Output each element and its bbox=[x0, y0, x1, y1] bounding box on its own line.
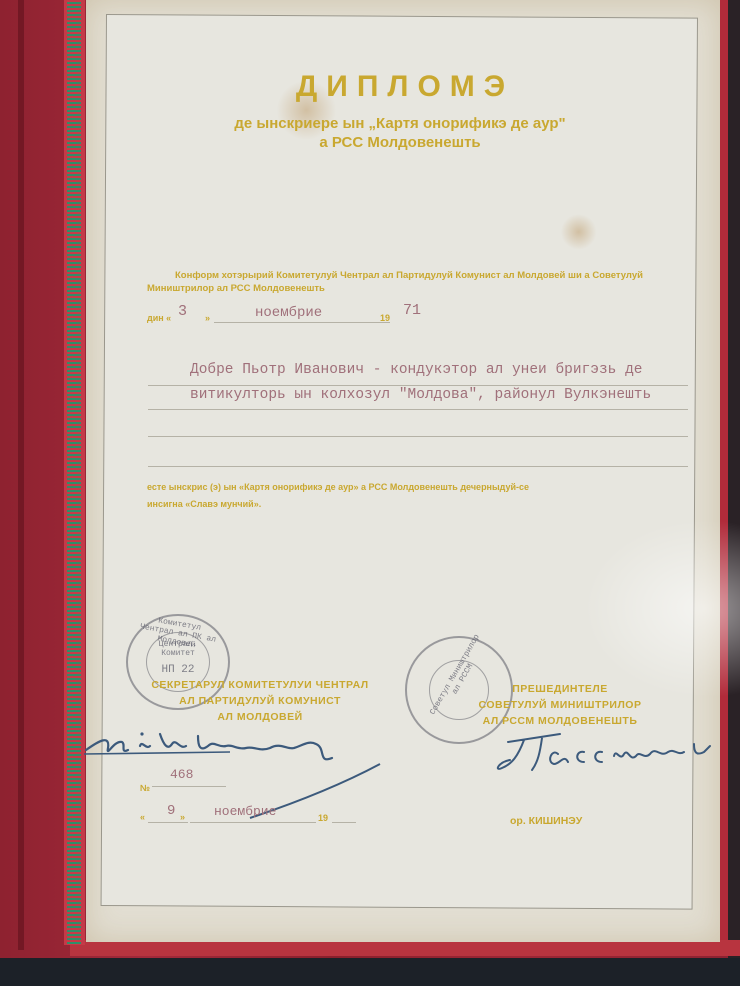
number-value: 468 bbox=[170, 767, 193, 782]
signed-date-open: « bbox=[140, 812, 145, 822]
signed-day-value: 9 bbox=[167, 803, 175, 819]
signed-day-underline bbox=[148, 822, 188, 823]
recipient-underline-1 bbox=[148, 385, 688, 386]
diploma-title: ДИПЛОМЭ bbox=[0, 70, 740, 104]
city-label: ор. КИШИНЭУ bbox=[510, 815, 582, 827]
recipient-underline-3 bbox=[148, 436, 688, 437]
date-year-value: 71 bbox=[403, 302, 421, 319]
left-signatory-line2: АЛ ПАРТИДУЛУЙ КОМУНИСТ bbox=[140, 693, 380, 709]
cover-bottom-edge bbox=[70, 940, 740, 956]
award-text-line1: есте ынскрис (э) ын «Картя онорификэ де … bbox=[147, 479, 687, 496]
date-month-value: ноембрие bbox=[255, 305, 322, 321]
stain bbox=[561, 214, 597, 250]
award-text-line2: инсигна «Славэ мунчий». bbox=[147, 496, 687, 513]
date-month-underline bbox=[214, 322, 390, 323]
recipient-line2: витикулторь ын колхозул "Молдова", район… bbox=[190, 387, 651, 403]
date-day-value: 3 bbox=[178, 303, 187, 320]
signed-year-prefix: 19 bbox=[318, 813, 328, 823]
stamp-inner-text: Централ. Комитет bbox=[148, 640, 208, 658]
recipient-underline-2 bbox=[148, 409, 688, 410]
date-year-prefix: 19 bbox=[380, 313, 390, 323]
right-signature bbox=[488, 722, 728, 782]
diploma-subtitle-line1: де ынскриере ын „Картя онорификэ де аур" bbox=[0, 115, 740, 132]
diploma-subtitle-line2: а РСС Молдовенешть bbox=[0, 134, 740, 151]
right-signatory-line1: ПРЕШЕДИНТЕЛЕ bbox=[460, 681, 660, 697]
recipient-line1: Добре Пьотр Иванович - кондукэтор ал уне… bbox=[190, 362, 642, 378]
number-label: № bbox=[140, 783, 150, 793]
signed-year-underline bbox=[332, 822, 356, 823]
signed-month-underline bbox=[190, 822, 316, 823]
signed-month-value: ноембрие bbox=[214, 804, 276, 819]
stamp-center-text: НП 22 bbox=[158, 664, 198, 676]
recipient-underline-4 bbox=[148, 466, 688, 467]
right-signatory-line2: СОВЕТУЛУЙ МИНИШТРИЛОР bbox=[460, 697, 660, 713]
number-underline bbox=[152, 786, 226, 787]
date-day-close: » bbox=[205, 313, 210, 323]
left-signatory-line1: СЕКРЕТАРУЛ КОМИТЕТУЛУИ ЧЕНТРАЛ bbox=[140, 677, 380, 693]
decree-text: Конформ хотэрырий Комитетулуй Чентрал ал… bbox=[147, 269, 687, 295]
date-day-label: дин « bbox=[147, 313, 171, 323]
signed-date-close: » bbox=[180, 812, 185, 822]
award-text: есте ынскрис (э) ын «Картя онорификэ де … bbox=[147, 479, 687, 513]
left-signatory-title: СЕКРЕТАРУЛ КОМИТЕТУЛУИ ЧЕНТРАЛ АЛ ПАРТИД… bbox=[140, 677, 380, 725]
